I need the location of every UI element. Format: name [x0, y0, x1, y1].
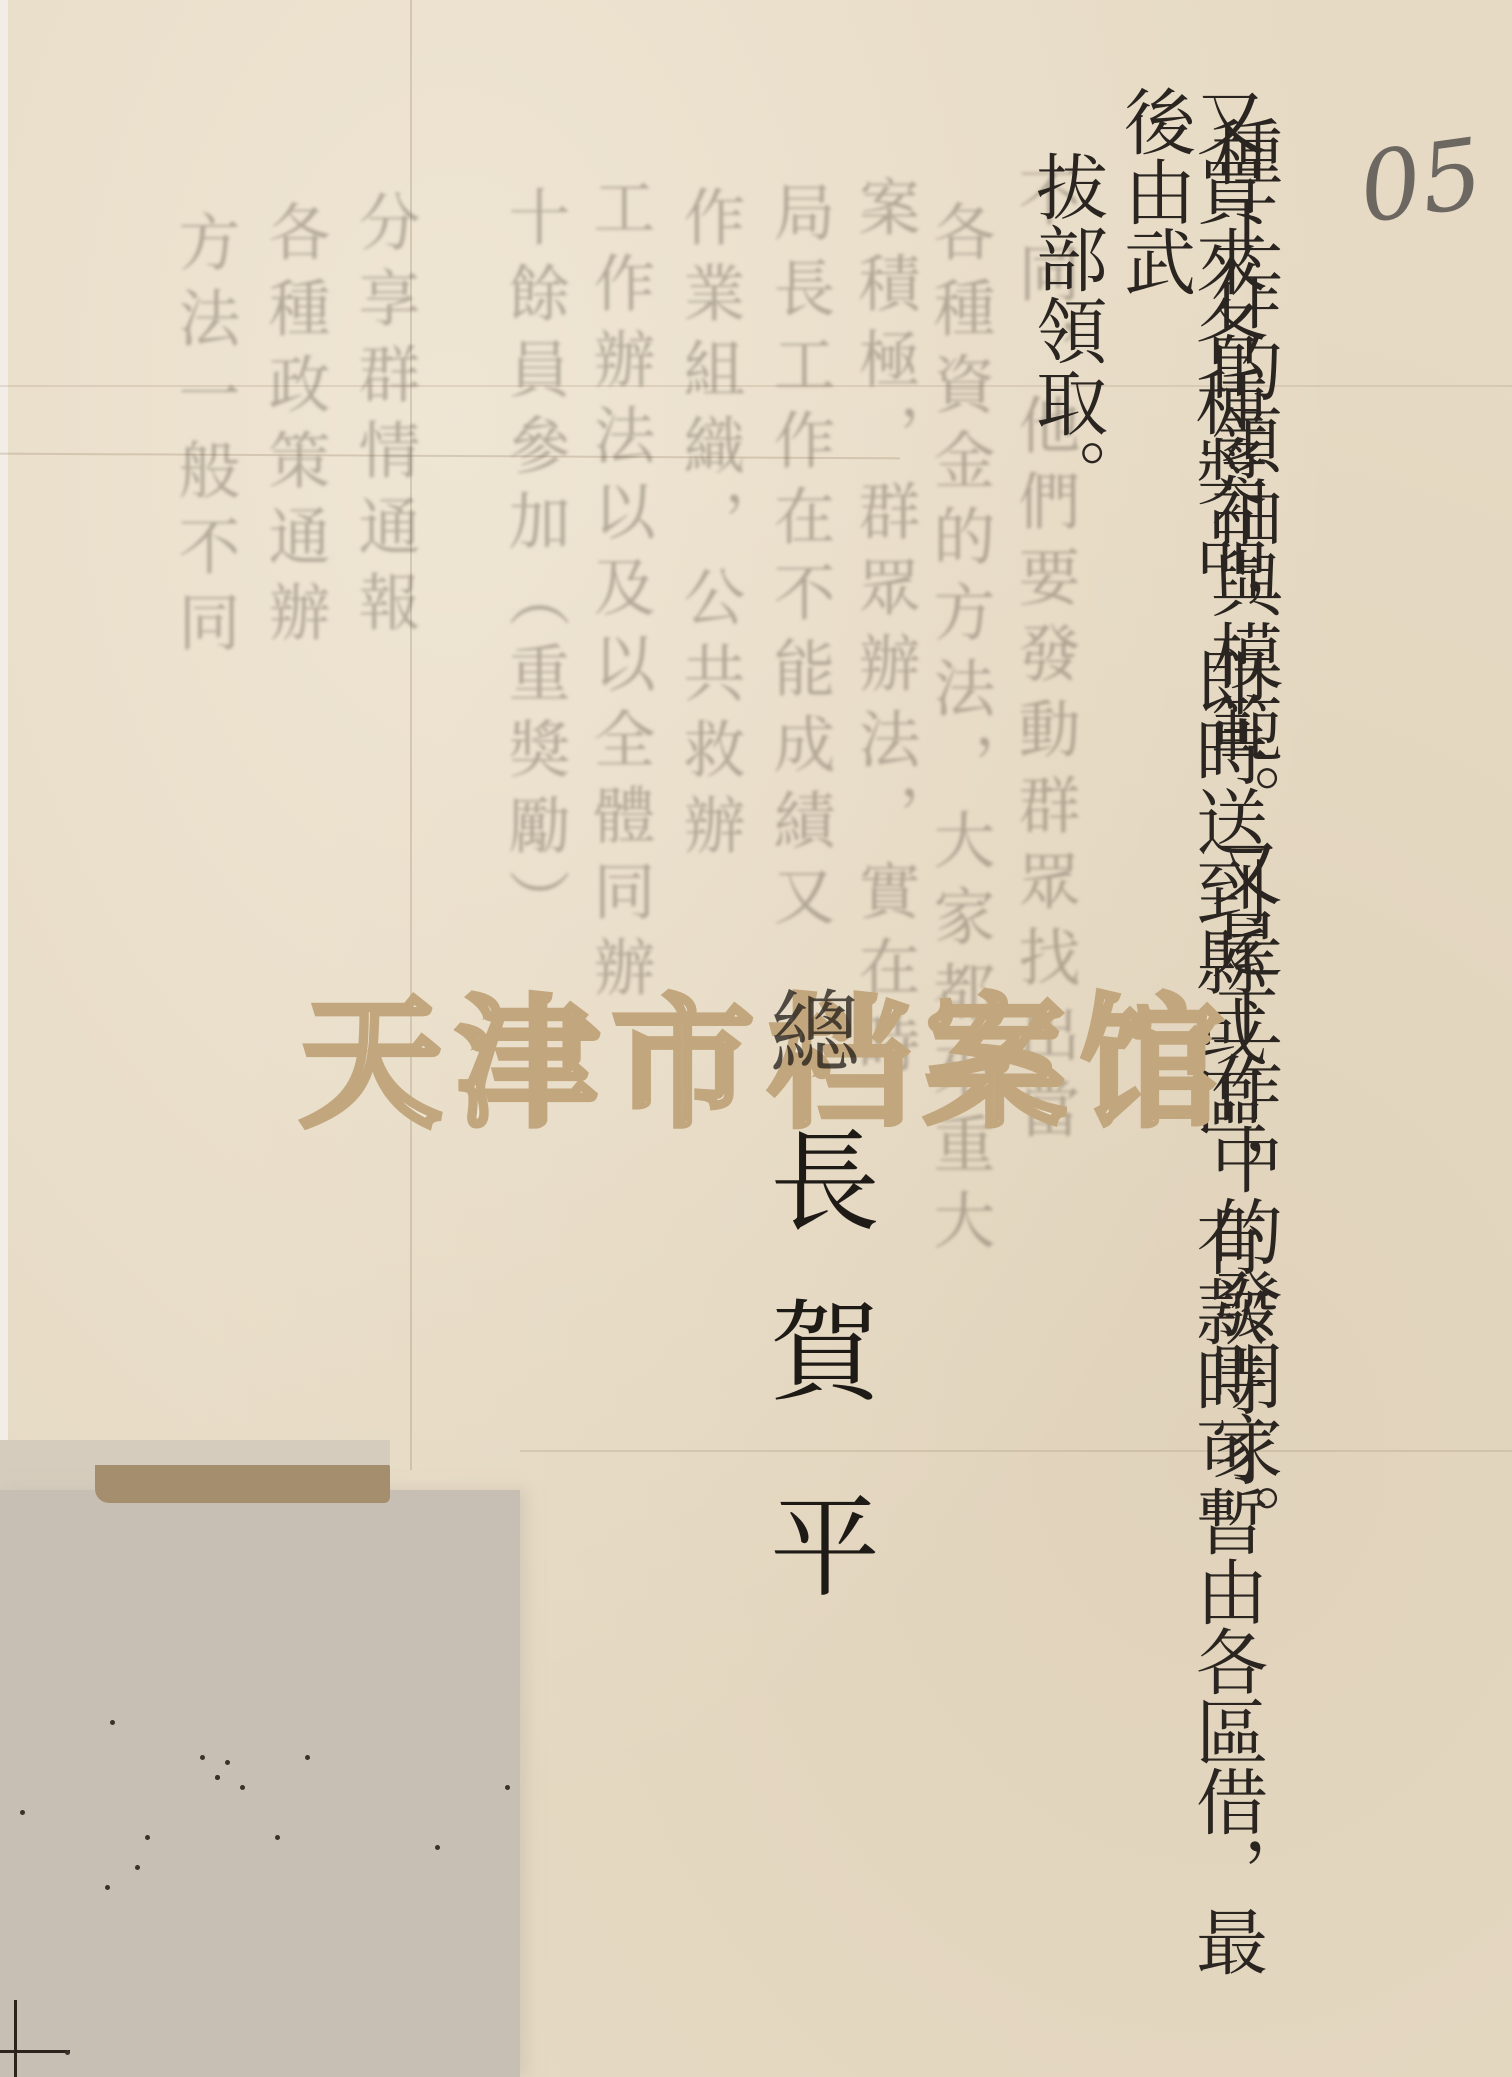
ink-speck [225, 1760, 230, 1765]
show-through-column: 分享群情通報 [340, 190, 429, 646]
registration-mark [0, 2050, 70, 2053]
show-through-column: 局長工作在不能成績又 [755, 180, 844, 940]
grey-backing-sheet [0, 1490, 520, 2077]
ink-speck [145, 1835, 150, 1840]
text-column-3: 拔部領取。 [1030, 150, 1102, 510]
show-through-column: 十餘員參加（重獎勵） [490, 185, 579, 945]
ink-speck [105, 1885, 110, 1890]
ink-speck [275, 1835, 280, 1840]
signature-char: 賀 [770, 1265, 880, 1423]
show-through-column: 各種政策通辦 [250, 200, 339, 656]
signature-char: 長 [770, 1095, 880, 1253]
page-number-mark: 05 [1353, 117, 1490, 245]
ink-speck [505, 1785, 510, 1790]
ink-speck [200, 1755, 205, 1760]
ink-speck [65, 2050, 70, 2055]
ink-speck [435, 1845, 440, 1850]
ink-speck [110, 1720, 115, 1725]
show-through-column: 方法一般不同 [160, 210, 249, 666]
show-through-column: 作業組織，公共救辦 [665, 185, 754, 869]
tear-strip [95, 1465, 390, 1503]
ink-speck [135, 1865, 140, 1870]
lower-fold-line [520, 1450, 1512, 1452]
ink-speck [240, 1785, 245, 1790]
scan-left-edge [0, 0, 8, 1480]
archive-watermark: 天津市档案馆 [300, 950, 1236, 1154]
ink-speck [305, 1755, 310, 1760]
signature-title-char: 總 [770, 960, 860, 1090]
show-through-column: 工作辦法以及以全體同辦 [575, 175, 664, 1011]
registration-mark [14, 2000, 17, 2077]
ink-speck [215, 1775, 220, 1780]
signature-char: 平 [770, 1460, 880, 1618]
ink-speck [20, 1810, 25, 1815]
